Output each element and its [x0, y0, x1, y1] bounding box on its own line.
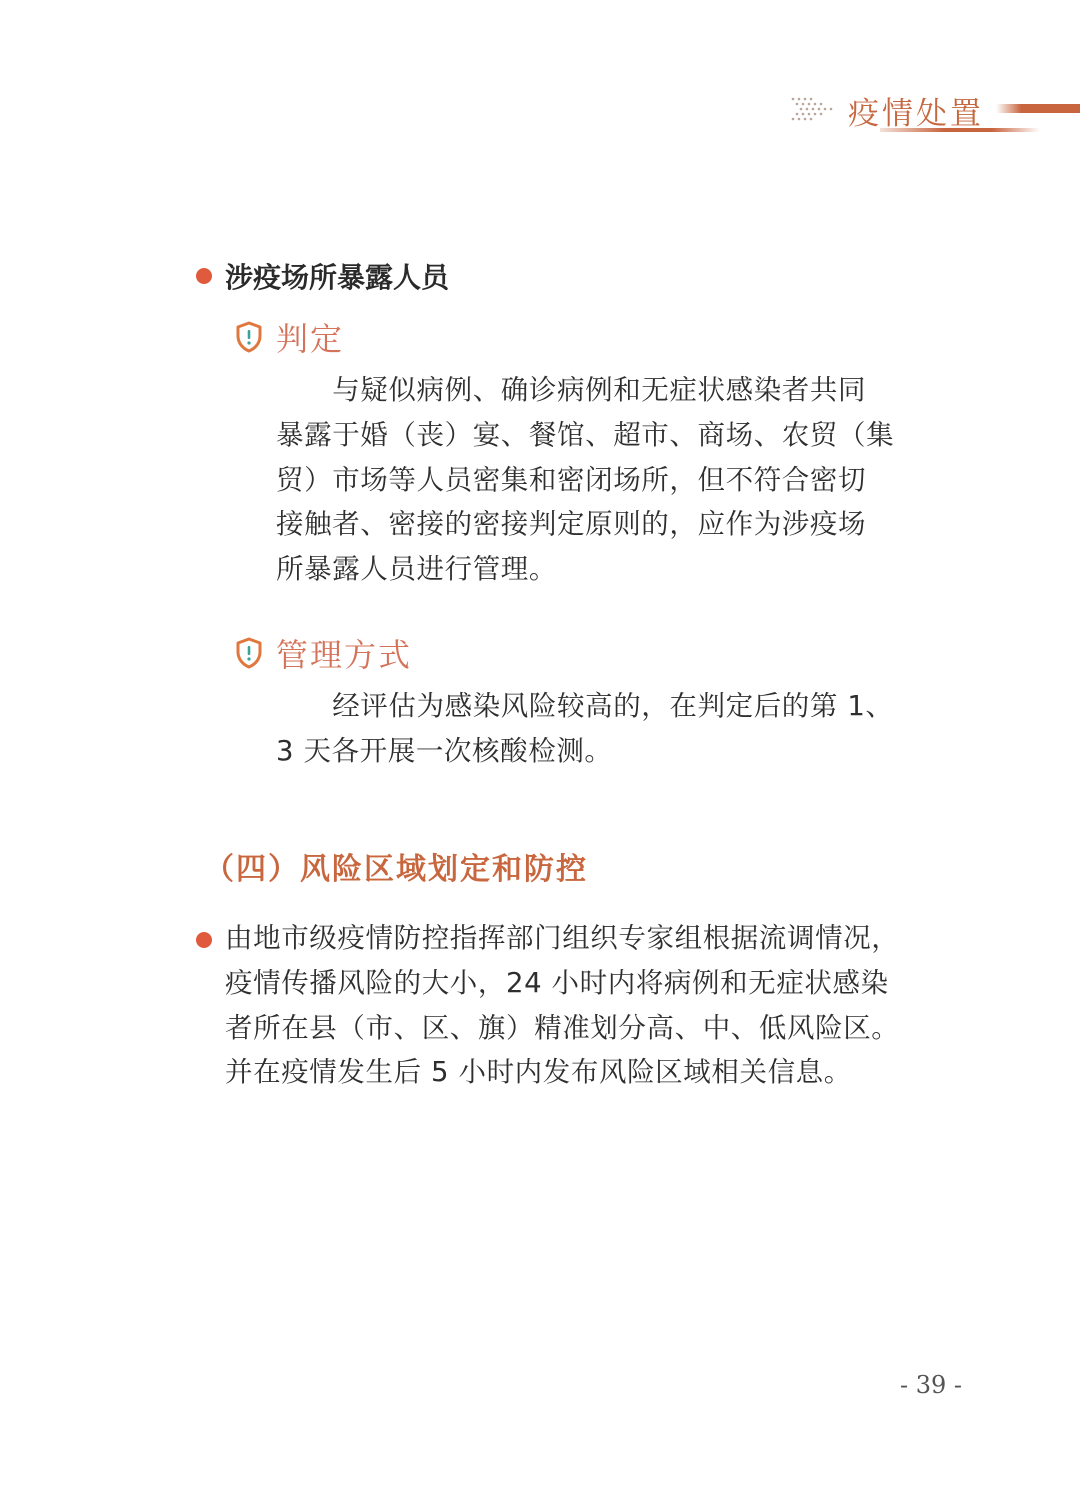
paragraph-line: 并在疫情发生后 5 小时内发布风险区域相关信息。	[225, 1050, 899, 1095]
paragraph-line: 经评估为感染风险较高的，在判定后的第 1、	[276, 684, 894, 729]
paragraph-line: 者所在县（市、区、旗）精准划分高、中、低风险区。	[225, 1006, 899, 1051]
bullet-heading-text: 涉疫场所暴露人员	[225, 256, 449, 296]
bullet-paragraph-text: 由地市级疫情防控指挥部门组织专家组根据流调情况， 疫情传播风险的大小，24 小时…	[225, 916, 899, 1095]
paragraph-judgement: 与疑似病例、确诊病例和无症状感染者共同 暴露于婚（丧）宴、餐馆、超市、商场、农贸…	[276, 368, 894, 592]
paragraph-management: 经评估为感染风险较高的，在判定后的第 1、 3 天各开展一次核酸检测。	[276, 684, 894, 774]
header-underline-bar	[880, 128, 1040, 132]
paragraph-line: 暴露于婚（丧）宴、餐馆、超市、商场、农贸（集	[276, 413, 894, 458]
page-number: - 39 -	[900, 1371, 962, 1399]
bullet-dot-icon	[196, 268, 212, 284]
page-header: 疫情处置	[0, 0, 1080, 150]
paragraph-line: 由地市级疫情防控指挥部门组织专家组根据流调情况，	[225, 916, 899, 961]
shield-alert-icon	[234, 636, 264, 670]
paragraph-line: 与疑似病例、确诊病例和无症状感染者共同	[276, 368, 894, 413]
sub-heading-management: 管理方式	[234, 630, 412, 676]
paragraph-line: 3 天各开展一次核酸检测。	[276, 729, 894, 774]
paragraph-line: 所暴露人员进行管理。	[276, 547, 894, 592]
chevron-dots-icon	[790, 96, 834, 122]
header-section-title: 疫情处置	[848, 88, 984, 133]
bullet-dot-icon	[196, 932, 212, 948]
sub-heading-judgement: 判定	[234, 314, 344, 360]
paragraph-line: 疫情传播风险的大小，24 小时内将病例和无症状感染	[225, 961, 899, 1006]
paragraph-line: 贸）市场等人员密集和密闭场所，但不符合密切	[276, 458, 894, 503]
bullet-heading: 涉疫场所暴露人员	[196, 256, 449, 296]
paragraph-line: 接触者、密接的密接判定原则的，应作为涉疫场	[276, 502, 894, 547]
sub-heading-text: 判定	[276, 314, 344, 360]
sub-heading-text: 管理方式	[276, 630, 412, 676]
header-accent-bar	[996, 104, 1080, 113]
shield-alert-icon	[234, 320, 264, 354]
section-title: （四）风险区域划定和防控	[204, 844, 588, 888]
